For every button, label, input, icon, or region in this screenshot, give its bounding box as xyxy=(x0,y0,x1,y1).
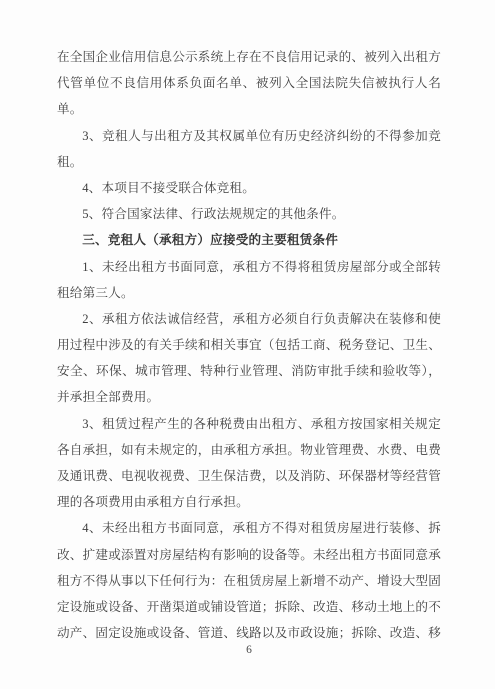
text-line: 3、租赁过程产生的各种税费由出租方、承租方按国家相关规定 xyxy=(57,411,441,437)
text-line: 租。 xyxy=(57,149,441,175)
document-text-block: 在全国企业信用信息公示系统上存在不良信用记录的、被列入出租方代管单位不良信用体系… xyxy=(57,44,441,646)
text-line: 用过程中涉及的有关手续和相关事宜（包括工商、税务登记、卫生、 xyxy=(57,332,441,358)
text-line: 4、本项目不接受联合体竞租。 xyxy=(57,175,441,201)
text-line: 安全、环保、城市管理、特种行业管理、消防审批手续和验收等）， xyxy=(57,358,441,384)
text-line: 1、未经出租方书面同意，承租方不得将租赁房屋部分或全部转 xyxy=(57,254,441,280)
text-line: 在全国企业信用信息公示系统上存在不良信用记录的、被列入出租方 xyxy=(57,44,441,70)
text-line: 3、竞租人与出租方及其权属单位有历史经济纠纷的不得参加竞 xyxy=(57,123,441,149)
text-line: 2、承租方依法诚信经营，承租方必须自行负责解决在装修和使 xyxy=(57,306,441,332)
text-line: 及通讯费、电视收视费、卫生保洁费，以及消防、环保器材等经营管 xyxy=(57,463,441,489)
text-line: 5、符合国家法律、行政法规规定的其他条件。 xyxy=(57,201,441,227)
page-number: 6 xyxy=(57,642,441,658)
section-heading: 三、竞租人（承租方）应接受的主要租赁条件 xyxy=(57,227,441,253)
text-line: 并承担全部费用。 xyxy=(57,384,441,410)
document-page: 在全国企业信用信息公示系统上存在不良信用记录的、被列入出租方代管单位不良信用体系… xyxy=(0,0,495,689)
text-line: 理的各项费用由承租方自行承担。 xyxy=(57,489,441,515)
text-line: 各自承担，如有未规定的，由承租方承担。物业管理费、水费、电费 xyxy=(57,437,441,463)
text-line: 租方不得从事以下任何行为：在租赁房屋上新增不动产、增设大型固 xyxy=(57,568,441,594)
text-line: 代管单位不良信用体系负面名单、被列入全国法院失信被执行人名 xyxy=(57,70,441,96)
text-line: 4、未经出租方书面同意，承租方不得对租赁房屋进行装修、拆 xyxy=(57,515,441,541)
text-line: 定设施或设备、开凿渠道或铺设管道；拆除、改造、移动土地上的不 xyxy=(57,594,441,620)
text-line: 单。 xyxy=(57,96,441,122)
text-line: 改、扩建或添置对房屋结构有影响的设备等。未经出租方书面同意承 xyxy=(57,542,441,568)
text-line: 租给第三人。 xyxy=(57,280,441,306)
